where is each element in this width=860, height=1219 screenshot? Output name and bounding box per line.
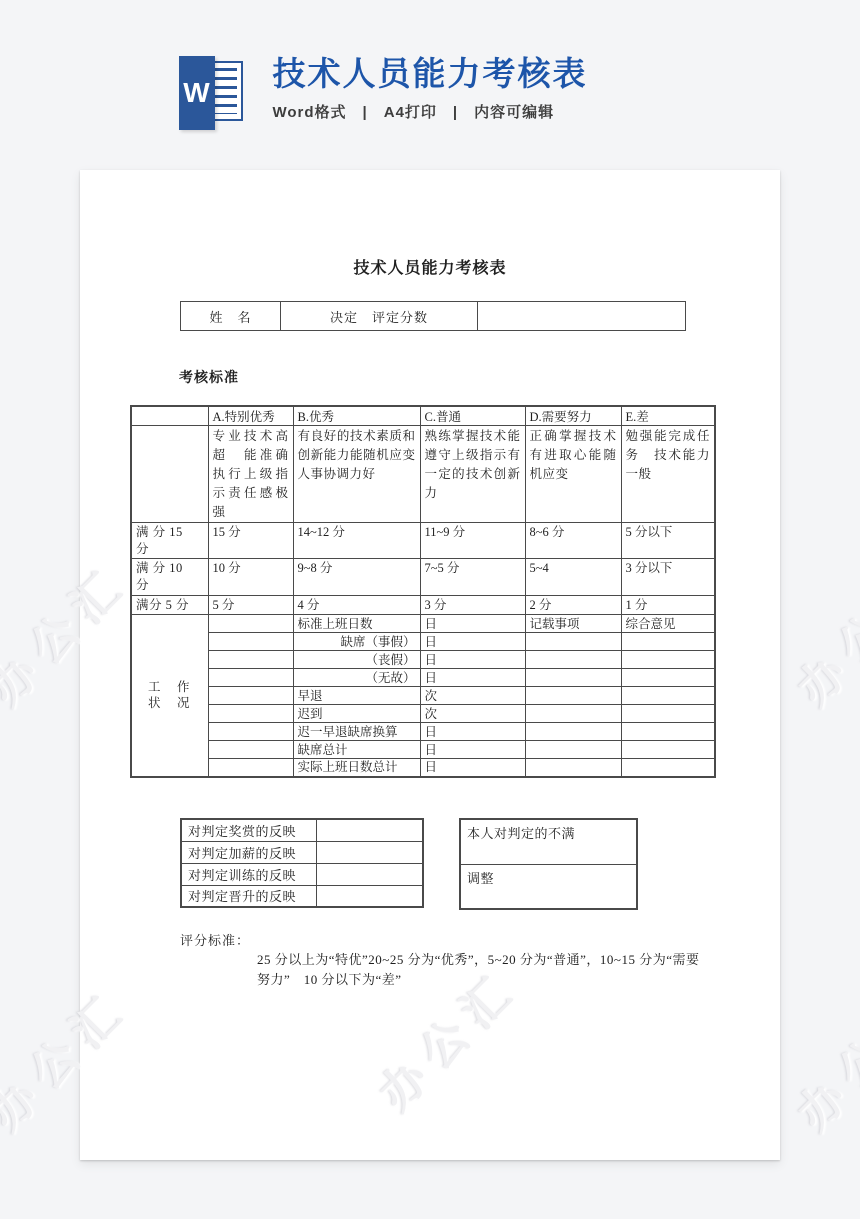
work-status-merged-label: 工 作 状 况: [131, 615, 208, 777]
word-icon-letter: W: [179, 56, 215, 130]
page-subtitle: Word格式 | A4打印 | 内容可编辑: [273, 101, 588, 122]
overall-opinion-cell: [621, 633, 715, 651]
work-status-empty-cell: [208, 741, 293, 759]
work-status-unit-cell: 日: [420, 615, 525, 633]
score-value-cell: 3 分以下: [621, 559, 715, 596]
document-title: 技术人员能力考核表: [80, 255, 780, 278]
work-status-unit-cell: 日: [420, 633, 525, 651]
decision-score-label-cell: 决定 评定分数: [281, 302, 478, 331]
record-notes-cell: [525, 723, 621, 741]
score-value-cell: 5 分以下: [621, 523, 715, 559]
feedback-table: 对判定奖赏的反映对判定加薪的反映对判定训练的反映对判定晋升的反映: [180, 818, 424, 908]
scoring-heading: 评分标准：: [180, 933, 250, 948]
feedback-row: 对判定训练的反映: [181, 863, 423, 885]
feedback-row: 对判定奖赏的反映: [181, 819, 423, 841]
criteria-description-cell: [131, 426, 208, 523]
feedback-label-cell: 对判定晋升的反映: [181, 885, 316, 907]
criteria-header-row: A.特别优秀B.优秀C.普通D.需要努力E.差: [131, 406, 715, 426]
overall-opinion-cell: 综合意见: [621, 615, 715, 633]
feedback-value-cell: [316, 841, 423, 863]
score-value-cell: 7~5 分: [420, 559, 525, 596]
score-value-cell: 9~8 分: [293, 559, 420, 596]
criteria-description-cell: 专业技术高超 能准确执行上级指示责任感极强: [208, 426, 293, 523]
criteria-description-cell: 熟练掌握技术能遵守上级指示有一定的技术创新力: [420, 426, 525, 523]
work-status-unit-cell: 日: [420, 741, 525, 759]
overall-opinion-cell: [621, 669, 715, 687]
work-status-empty-cell: [208, 687, 293, 705]
score-value-cell: 14~12 分: [293, 523, 420, 559]
header-group: W 技术人员能力考核表 Word格式 | A4打印 | 内容可编辑: [179, 56, 588, 170]
work-status-row: （丧假）日: [131, 651, 715, 669]
watermark-text: 办公汇: [780, 548, 860, 718]
objection-label-cell: 本人对判定的不满: [460, 819, 637, 864]
criteria-header-cell: A.特别优秀: [208, 406, 293, 426]
feedback-label-cell: 对判定奖赏的反映: [181, 819, 316, 841]
feedback-row: 对判定加薪的反映: [181, 841, 423, 863]
record-notes-cell: [525, 687, 621, 705]
criteria-table: A.特别优秀B.优秀C.普通D.需要努力E.差专业技术高超 能准确执行上级指示责…: [130, 405, 716, 778]
overall-opinion-cell: [621, 705, 715, 723]
work-status-empty-cell: [208, 705, 293, 723]
record-notes-cell: [525, 759, 621, 777]
criteria-header-cell: C.普通: [420, 406, 525, 426]
work-status-empty-cell: [208, 669, 293, 687]
work-status-row: 工 作 状 况标准上班日数日记载事项综合意见: [131, 615, 715, 633]
objection-label-cell: 调整: [460, 864, 637, 909]
objection-row: 调整: [460, 864, 637, 909]
work-status-row: 缺席总计日: [131, 741, 715, 759]
work-status-item-label: 缺席总计: [293, 741, 420, 759]
work-status-item-label: （丧假）: [293, 651, 420, 669]
work-status-item-label: （无故）: [293, 669, 420, 687]
score-value-cell: 1 分: [621, 596, 715, 615]
criteria-description-cell: 勉强能完成任务 技术能力一般: [621, 426, 715, 523]
work-status-row: 迟到次: [131, 705, 715, 723]
word-icon-text-lines: [213, 68, 237, 114]
overall-opinion-cell: [621, 723, 715, 741]
scoring-text: 25 分以上为“特优”20~25 分为“优秀”，5~20 分为“普通”，10~1…: [257, 950, 705, 990]
objection-table: 本人对判定的不满调整: [459, 818, 638, 910]
criteria-heading: 考核标准: [179, 367, 239, 387]
work-status-item-label: 早退: [293, 687, 420, 705]
work-status-empty-cell: [208, 723, 293, 741]
feedback-value-cell: [316, 885, 423, 907]
criteria-header-cell: D.需要努力: [525, 406, 621, 426]
page-title: 技术人员能力考核表: [273, 56, 588, 92]
score-value-cell: 5 分: [208, 596, 293, 615]
watermark-text: 办公汇: [780, 973, 860, 1143]
score-row: 满 分 10 分10 分9~8 分7~5 分5~43 分以下: [131, 559, 715, 596]
record-notes-cell: [525, 741, 621, 759]
work-status-item-label: 实际上班日数总计: [293, 759, 420, 777]
record-notes-cell: [525, 633, 621, 651]
work-status-unit-cell: 次: [420, 705, 525, 723]
record-notes-cell: [525, 651, 621, 669]
score-row-label: 满 分 15 分: [131, 523, 208, 559]
work-status-unit-cell: 次: [420, 687, 525, 705]
name-table-row: 姓 名 决定 评定分数: [181, 302, 686, 331]
score-value-cell: 5~4: [525, 559, 621, 596]
work-status-row: （无故）日: [131, 669, 715, 687]
word-document-icon: W: [179, 56, 243, 130]
name-label-cell: 姓 名: [181, 302, 281, 331]
work-status-row: 缺席（事假）日: [131, 633, 715, 651]
work-status-empty-cell: [208, 759, 293, 777]
score-row-label: 满 分 10 分: [131, 559, 208, 596]
work-status-row: 迟一早退缺席换算日: [131, 723, 715, 741]
record-notes-cell: [525, 669, 621, 687]
overall-opinion-cell: [621, 759, 715, 777]
criteria-header-cell: [131, 406, 208, 426]
overall-opinion-cell: [621, 651, 715, 669]
objection-row: 本人对判定的不满: [460, 819, 637, 864]
criteria-description-cell: 有良好的技术素质和创新能力能随机应变人事协调力好: [293, 426, 420, 523]
work-status-row: 实际上班日数总计日: [131, 759, 715, 777]
document-page: 技术人员能力考核表 姓 名 决定 评定分数 考核标准 A.特别优秀B.优秀C.普…: [80, 170, 780, 1160]
score-value-cell: 2 分: [525, 596, 621, 615]
work-status-unit-cell: 日: [420, 759, 525, 777]
name-table: 姓 名 决定 评定分数: [180, 301, 686, 331]
work-status-unit-cell: 日: [420, 723, 525, 741]
work-status-item-label: 标准上班日数: [293, 615, 420, 633]
criteria-header-cell: E.差: [621, 406, 715, 426]
criteria-description-cell: 正确掌握技术 有进取心能随机应变: [525, 426, 621, 523]
work-status-unit-cell: 日: [420, 651, 525, 669]
feedback-label-cell: 对判定加薪的反映: [181, 841, 316, 863]
score-value-cell: 3 分: [420, 596, 525, 615]
work-status-empty-cell: [208, 633, 293, 651]
feedback-value-cell: [316, 863, 423, 885]
overall-opinion-cell: [621, 687, 715, 705]
header-text-block: 技术人员能力考核表 Word格式 | A4打印 | 内容可编辑: [273, 56, 588, 122]
score-value-cell: [478, 302, 686, 331]
scoring-section: 评分标准： 25 分以上为“特优”20~25 分为“优秀”，5~20 分为“普通…: [180, 930, 705, 990]
criteria-description-row: 专业技术高超 能准确执行上级指示责任感极强有良好的技术素质和创新能力能随机应变人…: [131, 426, 715, 523]
score-value-cell: 11~9 分: [420, 523, 525, 559]
work-status-item-label: 迟一早退缺席换算: [293, 723, 420, 741]
work-status-item-label: 缺席（事假）: [293, 633, 420, 651]
feedback-row: 对判定晋升的反映: [181, 885, 423, 907]
score-value-cell: 15 分: [208, 523, 293, 559]
score-value-cell: 8~6 分: [525, 523, 621, 559]
score-value-cell: 10 分: [208, 559, 293, 596]
overall-opinion-cell: [621, 741, 715, 759]
feedback-value-cell: [316, 819, 423, 841]
work-status-unit-cell: 日: [420, 669, 525, 687]
work-status-empty-cell: [208, 615, 293, 633]
feedback-label-cell: 对判定训练的反映: [181, 863, 316, 885]
score-value-cell: 4 分: [293, 596, 420, 615]
work-status-empty-cell: [208, 651, 293, 669]
score-row: 满分 5 分5 分4 分3 分2 分1 分: [131, 596, 715, 615]
work-status-row: 早退次: [131, 687, 715, 705]
score-row-label: 满分 5 分: [131, 596, 208, 615]
work-status-item-label: 迟到: [293, 705, 420, 723]
record-notes-cell: 记载事项: [525, 615, 621, 633]
criteria-header-cell: B.优秀: [293, 406, 420, 426]
site-header: W 技术人员能力考核表 Word格式 | A4打印 | 内容可编辑: [0, 0, 860, 170]
record-notes-cell: [525, 705, 621, 723]
score-row: 满 分 15 分15 分14~12 分11~9 分8~6 分5 分以下: [131, 523, 715, 559]
